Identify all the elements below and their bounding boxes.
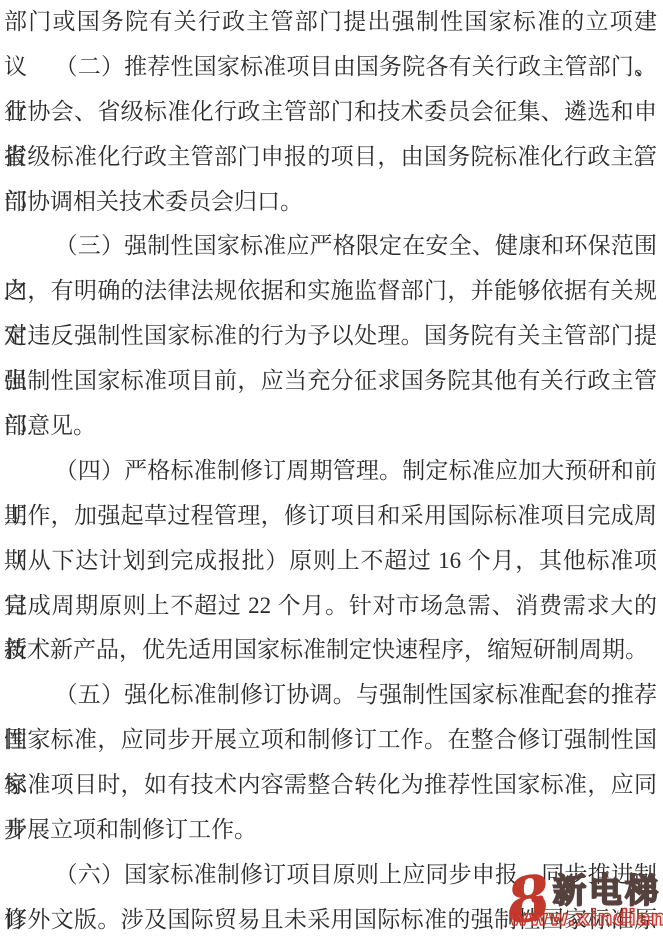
text-line: 内，有明确的法律法规依据和实施监督部门，并能够依据有关规定 <box>4 269 657 314</box>
text-line: 对违反强制性国家标准的行为予以处理。国务院有关主管部门提出 <box>4 314 657 359</box>
text-line: 国家标准，应同步开展立项和制修订工作。在整合修订强制性国家 <box>4 718 657 763</box>
text-line: 门协调相关技术委员会归口。 <box>4 180 657 225</box>
text-line: （五）强化标准制修订协调。与强制性国家标准配套的推荐性 <box>4 673 657 718</box>
text-line: （三）强制性国家标准应严格限定在安全、健康和环保范围之 <box>4 224 657 269</box>
text-line: （从下达计划到完成报批）原则上不超过 16 个月，其他标准项目 <box>4 539 657 584</box>
text-line: 部门或国务院有关行政主管部门提出强制性国家标准的立项建议。 <box>4 0 657 45</box>
text-line: （六）国家标准制修订项目原则上应同步申报、同步推进制修 <box>4 853 657 898</box>
text-line: （二）推荐性国家标准项目由国务院各有关行政主管部门、行 <box>4 45 657 90</box>
document-page: 部门或国务院有关行政主管部门提出强制性国家标准的立项建议。（二）推荐性国家标准项… <box>0 0 663 943</box>
text-line: 工作，加强起草过程管理，修订项目和采用国际标准项目完成周期 <box>4 494 657 539</box>
document-body: 部门或国务院有关行政主管部门提出强制性国家标准的立项建议。（二）推荐性国家标准项… <box>4 0 657 943</box>
text-line: 开展立项和制修订工作。 <box>4 808 657 853</box>
text-line: 完成周期原则上不超过 22 个月。针对市场急需、消费需求大的新 <box>4 584 657 629</box>
text-line: 标准项目时，如有技术内容需整合转化为推荐性国家标准，应同步 <box>4 763 657 808</box>
text-line: 门意见。 <box>4 404 657 449</box>
text-line: 省级标准化行政主管部门申报的项目，由国务院标准化行政主管部 <box>4 135 657 180</box>
text-line: 技术新产品，优先适用国家标准制定快速程序，缩短研制周期。 <box>4 628 657 673</box>
text-line: 业协会、省级标准化行政主管部门和技术委员会征集、遴选和申报。 <box>4 90 657 135</box>
text-line: 强制性国家标准项目前，应当充分征求国务院其他有关行政主管部 <box>4 359 657 404</box>
text-line: （四）严格标准制修订周期管理。制定标准应加大预研和前期 <box>4 449 657 494</box>
text-line: 订外文版。涉及国际贸易且未采用国际标准的强制性国家标准原则 <box>4 898 657 943</box>
